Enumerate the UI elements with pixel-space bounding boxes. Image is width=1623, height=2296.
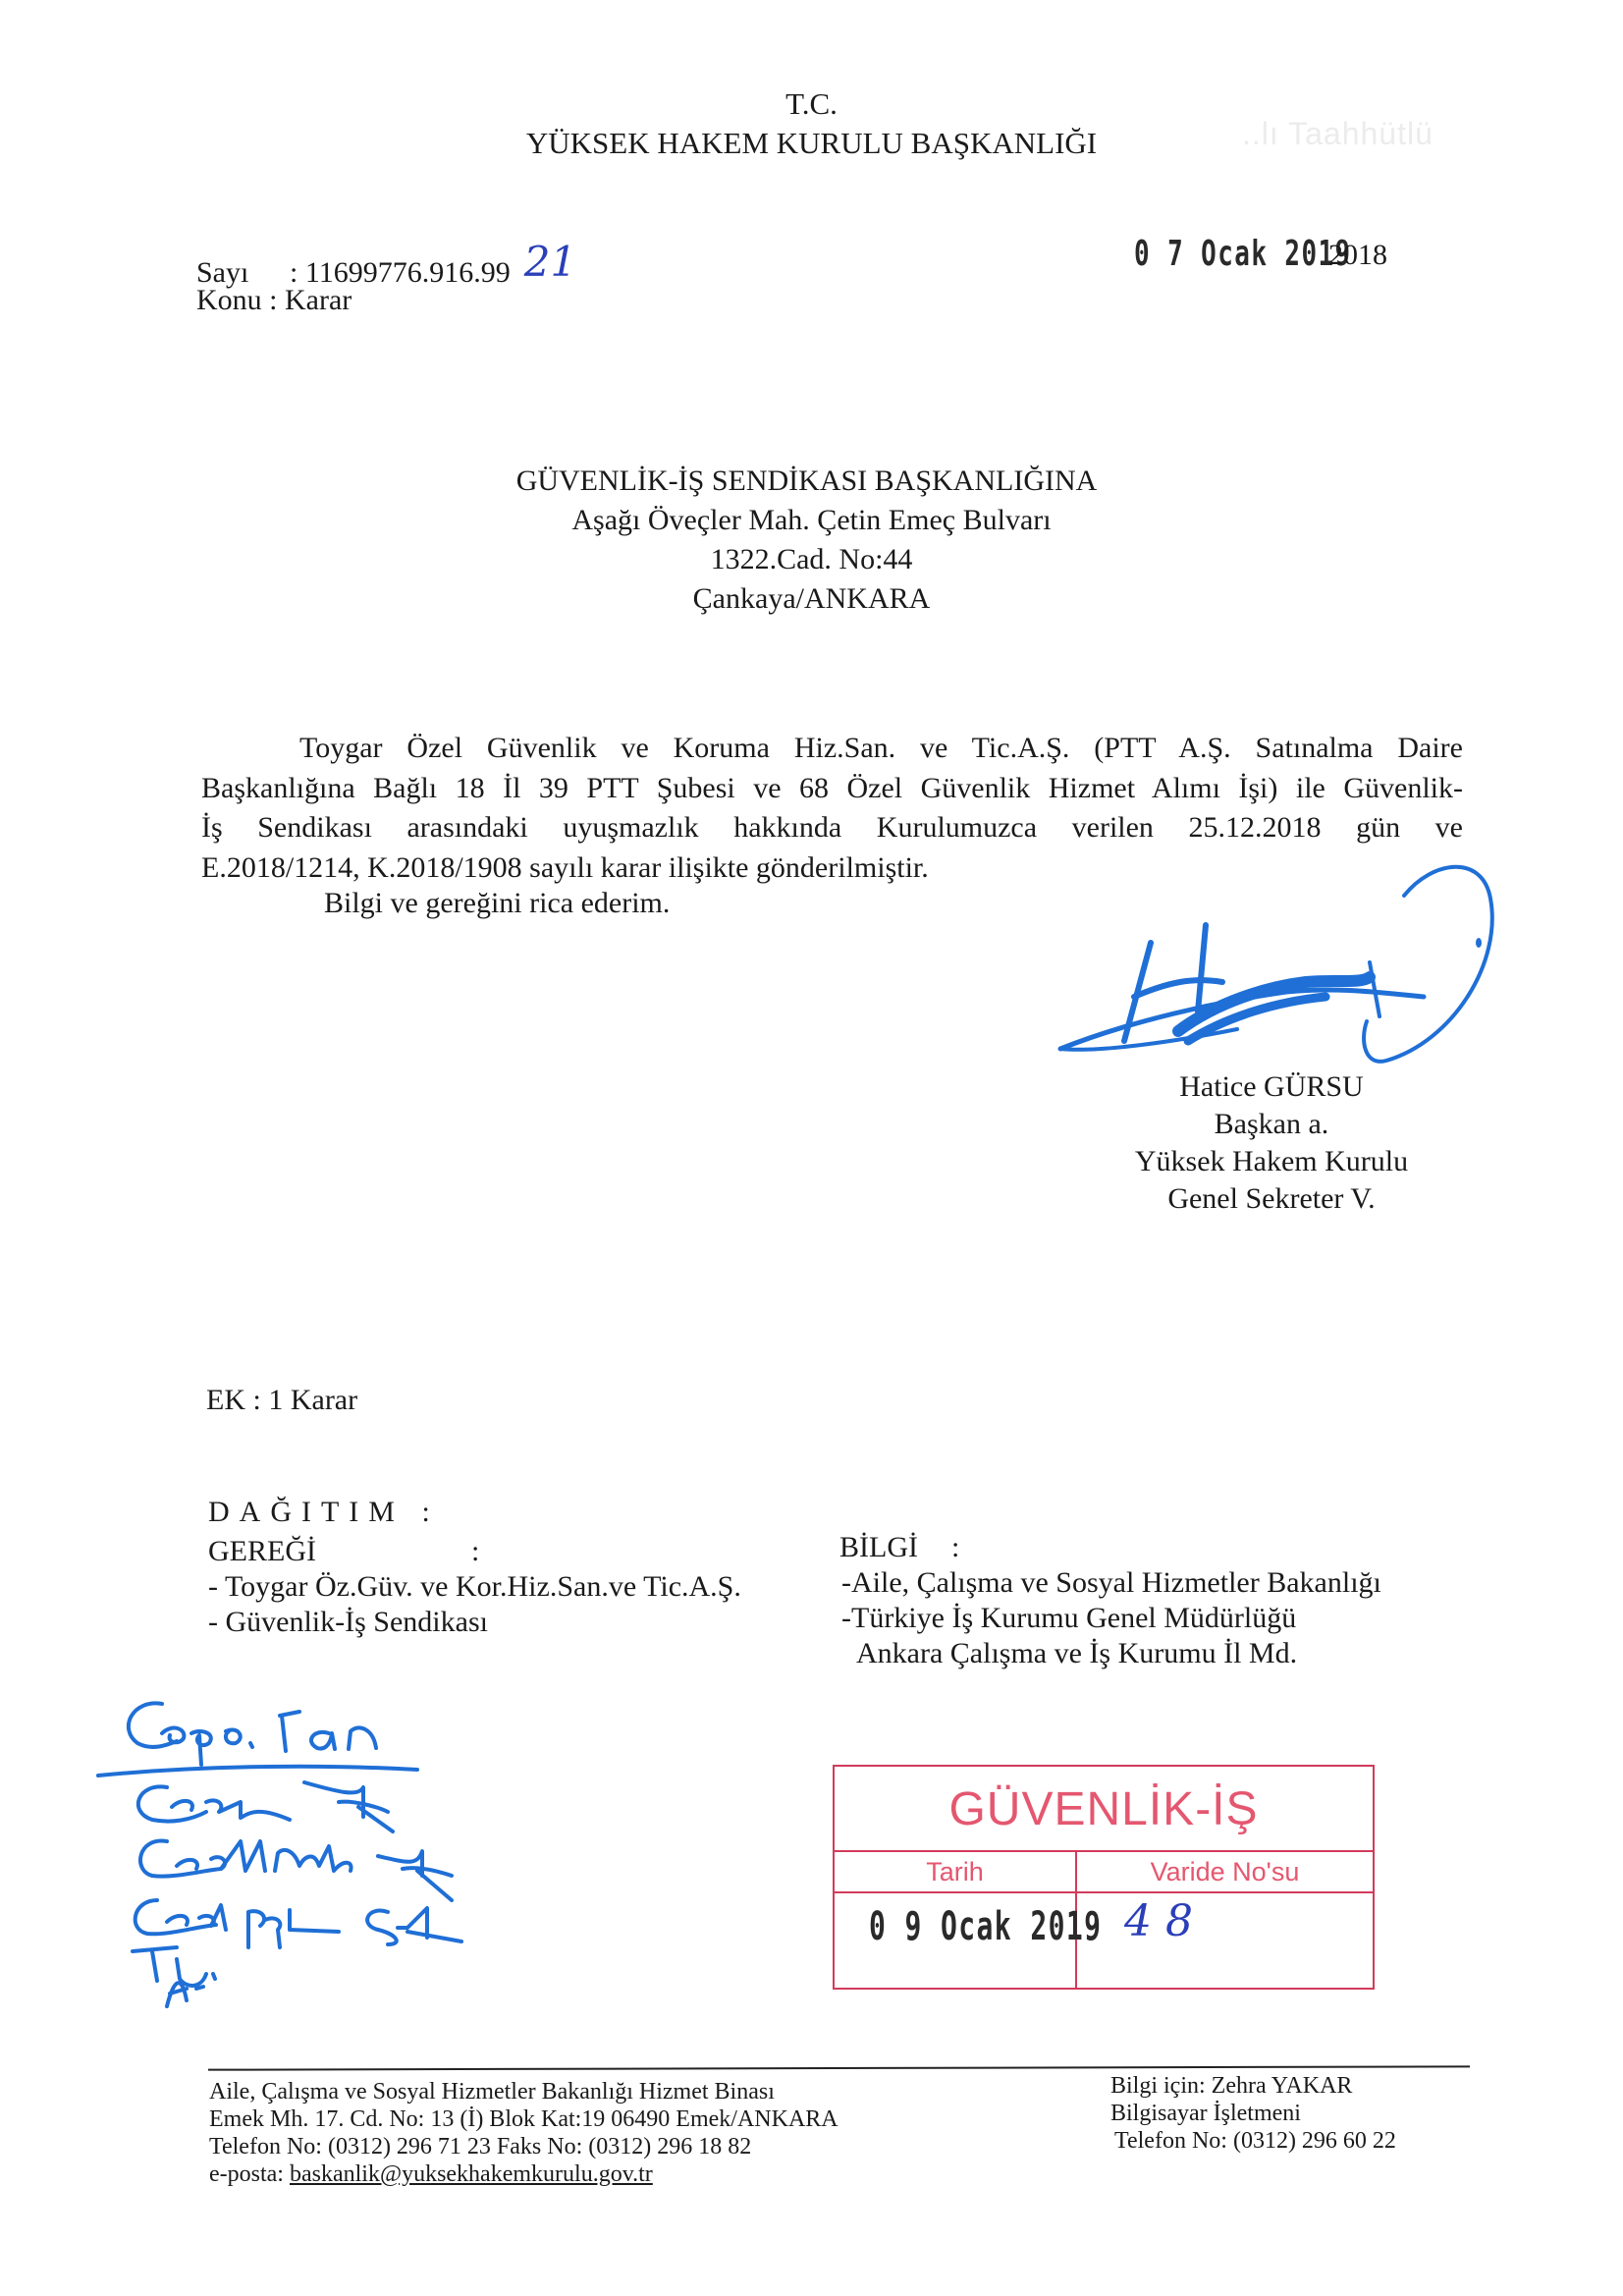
distribution-title-colon: : (421, 1496, 439, 1528)
stamp-title: GÜVENLİK-İŞ (835, 1767, 1373, 1852)
signer-title: Genel Sekreter V. (1109, 1180, 1434, 1218)
list-item: - Toygar Öz.Güv. ve Kor.Hiz.San.ve Tic.A… (208, 1569, 741, 1605)
sayi-handwritten: 21 (524, 238, 576, 286)
list-item: -Türkiye İş Kurumu Genel Müdürlüğü (841, 1601, 1381, 1636)
date-typed-year: 2018 (1328, 238, 1387, 273)
stamp-date-value: 0 9 Ocak 2019 (869, 1904, 1102, 1949)
email-label: e-posta: (209, 2161, 284, 2187)
recipient-line: Çankaya/ANKARA (0, 579, 1623, 619)
document-date: 0 7 Ocak 2019 2018 (1134, 234, 1436, 274)
geregi-list: - Toygar Öz.Güv. ve Kor.Hiz.San.ve Tic.A… (208, 1569, 741, 1640)
bilgi-list: -Aile, Çalışma ve Sosyal Hizmetler Bakan… (841, 1565, 1381, 1671)
attachment-label: EK (206, 1384, 245, 1416)
recipient-address: GÜVENLİK-İŞ SENDİKASI BAŞKANLIĞINA Aşağı… (0, 462, 1623, 619)
body-line: İş Sendikası arasındaki uyuşmazlık hakkı… (201, 808, 1463, 848)
handwritten-notes-icon (93, 1694, 486, 2008)
bilgi-label: BİLGİ (839, 1531, 918, 1563)
list-item: - Güvenlik-İş Sendikası (208, 1605, 741, 1640)
footer-email-line: e-posta: baskanlik@yuksekhakemkurulu.gov… (209, 2160, 839, 2188)
footer-address: Aile, Çalışma ve Sosyal Hizmetler Bakanl… (209, 2078, 839, 2188)
incoming-stamp: GÜVENLİK-İŞ Tarih Varide No'su 0 9 Ocak … (833, 1765, 1375, 1990)
date-stamp: 0 7 Ocak 2019 (1134, 234, 1352, 274)
konu-label: Konu (196, 284, 262, 316)
signer-title: Başkan a. (1109, 1106, 1434, 1143)
signer-title: Yüksek Hakem Kurulu (1109, 1143, 1434, 1180)
attachment-value: : 1 Karar (253, 1384, 358, 1416)
recipient-line: 1322.Cad. No:44 (0, 540, 1623, 579)
list-item: -Aile, Çalışma ve Sosyal Hizmetler Bakan… (841, 1565, 1381, 1601)
body-line: Toygar Özel Güvenlik ve Koruma Hiz.San. … (201, 729, 1463, 769)
footer-contact: Bilgi için: Zehra YAKAR Bilgisayar İşlet… (1110, 2072, 1396, 2155)
body-line: Başkanlığına Bağlı 18 İl 39 PTT Şubesi v… (201, 769, 1463, 809)
footer-line: Telefon No: (0312) 296 60 22 (1110, 2127, 1396, 2155)
bleed-through-text: ..lı Taahhütlü (1242, 116, 1434, 152)
footer-divider (208, 2065, 1470, 2070)
signer-block: Hatice GÜRSU Başkan a. Yüksek Hakem Kuru… (1109, 1068, 1434, 1218)
bilgi-heading: BİLGİ: (839, 1530, 959, 1565)
attachment-line: EK : 1 Karar (206, 1383, 357, 1418)
signature-icon (1041, 845, 1512, 1100)
geregi-colon: : (471, 1534, 479, 1569)
footer-line: Bilgisayar İşletmeni (1110, 2100, 1396, 2127)
footer-line: Emek Mh. 17. Cd. No: 13 (İ) Blok Kat:19 … (209, 2105, 839, 2133)
subject: Konu : Karar (196, 283, 352, 318)
closing-line: Bilgi ve gereğini rica ederim. (324, 886, 670, 921)
footer-line: Telefon No: (0312) 296 71 23 Faks No: (0… (209, 2133, 839, 2160)
signer-name: Hatice GÜRSU (1109, 1068, 1434, 1106)
footer-line: Aile, Çalışma ve Sosyal Hizmetler Bakanl… (209, 2078, 839, 2105)
geregi-heading: GEREĞİ : (208, 1534, 316, 1569)
distribution-title-text: DAĞITIM (208, 1496, 405, 1528)
list-item: Ankara Çalışma ve İş Kurumu İl Md. (841, 1636, 1381, 1671)
recipient-line: GÜVENLİK-İŞ SENDİKASI BAŞKANLIĞINA (0, 462, 1623, 501)
recipient-line: Aşağı Öveçler Mah. Çetin Emeç Bulvarı (0, 501, 1623, 540)
konu-value: : Karar (269, 284, 352, 316)
email-link[interactable]: baskanlik@yuksekhakemkurulu.gov.tr (290, 2161, 653, 2187)
distribution-title: DAĞITIM : (208, 1495, 440, 1530)
bilgi-colon: : (951, 1531, 959, 1563)
stamp-date-header: Tarih (835, 1852, 1077, 1893)
stamp-no-value: 48 (1124, 1896, 1207, 1946)
geregi-label: GEREĞİ (208, 1535, 316, 1567)
stamp-no-header: Varide No'su (1077, 1852, 1373, 1893)
footer-line: Bilgi için: Zehra YAKAR (1110, 2072, 1396, 2100)
